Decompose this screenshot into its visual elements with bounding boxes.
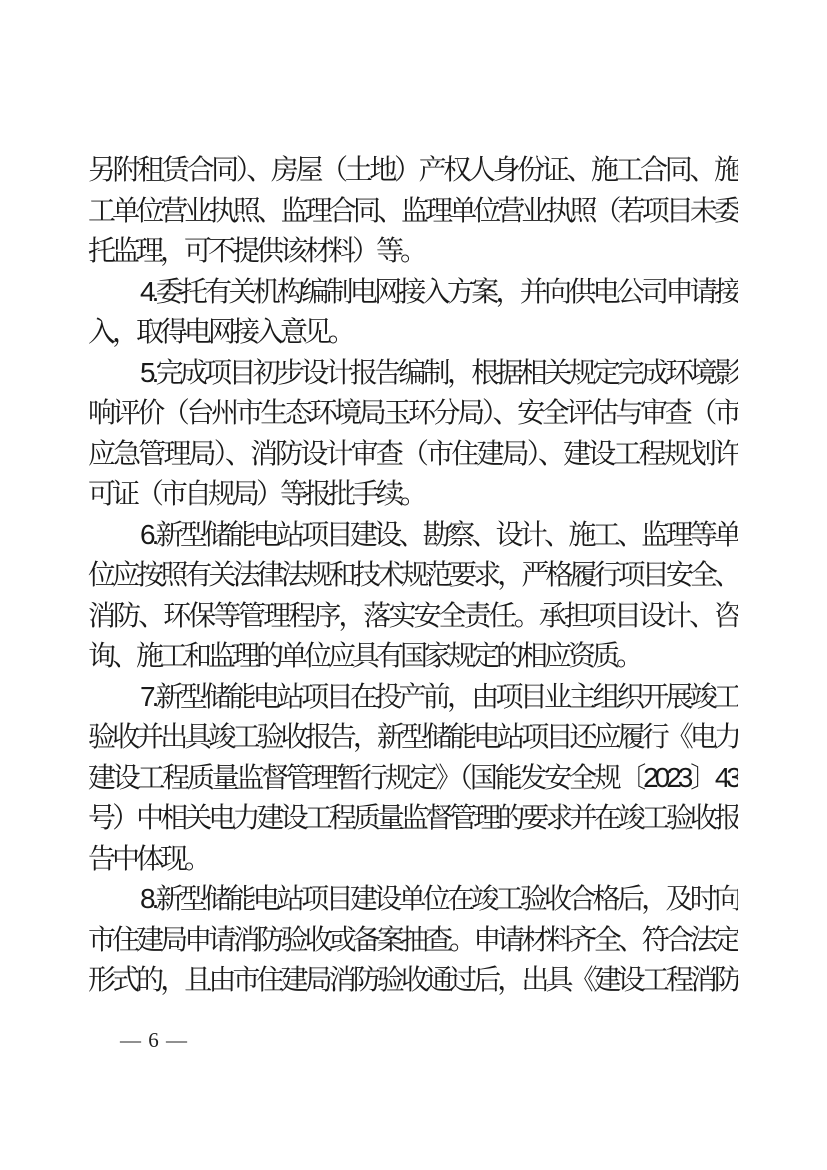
text-line: 8.新型储能电站项目建设单位在竣工验收合格后，及时向 <box>88 879 738 920</box>
text-line: 验收并出具竣工验收报告，新型储能电站项目还应履行《电力 <box>88 717 738 758</box>
text-line: 7.新型储能电站项目在投产前，由项目业主组织开展竣工 <box>88 677 738 718</box>
body-text: 另附租赁合同）、房屋（土地）产权人身份证、施工合同、施 工单位营业执照、监理合同… <box>88 150 738 1001</box>
text-line: 入，取得电网接入意见。 <box>88 312 738 353</box>
paragraph-item-8: 8.新型储能电站项目建设单位在竣工验收合格后，及时向 市住建局申请消防验收或备案… <box>88 879 738 1001</box>
text-line: 工单位营业执照、监理合同、监理单位营业执照（若项目未委 <box>88 191 738 232</box>
paragraph-item-6: 6.新型储能电站项目建设、勘察、设计、施工、监理等单 位应按照有关法律法规和技术… <box>88 515 738 677</box>
text-line: 市住建局申请消防验收或备案抽查。申请材料齐全、符合法定 <box>88 920 738 961</box>
text-line: 响评价（台州市生态环境局玉环分局）、安全评估与审查（市 <box>88 393 738 434</box>
text-line: 询、施工和监理的单位应具有国家规定的相应资质。 <box>88 636 738 677</box>
text-line: 建设工程质量监督管理暂行规定》（国能发安全规〔2023〕43 <box>88 758 738 799</box>
text-line: 位应按照有关法律法规和技术规范要求，严格履行项目安全、 <box>88 555 738 596</box>
text-line: 应急管理局）、消防设计审查（市住建局）、建设工程规划许 <box>88 434 738 475</box>
document-page: 另附租赁合同）、房屋（土地）产权人身份证、施工合同、施 工单位营业执照、监理合同… <box>0 0 827 1170</box>
paragraph-continuation: 另附租赁合同）、房屋（土地）产权人身份证、施工合同、施 工单位营业执照、监理合同… <box>88 150 738 272</box>
paragraph-item-5: 5.完成项目初步设计报告编制，根据相关规定完成环境影 响评价（台州市生态环境局玉… <box>88 353 738 515</box>
page-number: — 6 — <box>120 1028 188 1052</box>
text-line: 6.新型储能电站项目建设、勘察、设计、施工、监理等单 <box>88 515 738 556</box>
text-line: 消防、环保等管理程序，落实安全责任。承担项目设计、咨 <box>88 596 738 637</box>
text-line: 另附租赁合同）、房屋（土地）产权人身份证、施工合同、施 <box>88 150 738 191</box>
text-line: 托监理，可不提供该材料）等。 <box>88 231 738 272</box>
paragraph-item-7: 7.新型储能电站项目在投产前，由项目业主组织开展竣工 验收并出具竣工验收报告，新… <box>88 677 738 880</box>
text-line: 形式的，且由市住建局消防验收通过后，出具《建设工程消防 <box>88 960 738 1001</box>
paragraph-item-4: 4.委托有关机构编制电网接入方案，并向供电公司申请接 入，取得电网接入意见。 <box>88 272 738 353</box>
text-line: 5.完成项目初步设计报告编制，根据相关规定完成环境影 <box>88 353 738 394</box>
text-line: 可证（市自规局）等报批手续。 <box>88 474 738 515</box>
text-line: 号）中相关电力建设工程质量监督管理的要求并在竣工验收报 <box>88 798 738 839</box>
text-line: 4.委托有关机构编制电网接入方案，并向供电公司申请接 <box>88 272 738 313</box>
text-line: 告中体现。 <box>88 839 738 880</box>
